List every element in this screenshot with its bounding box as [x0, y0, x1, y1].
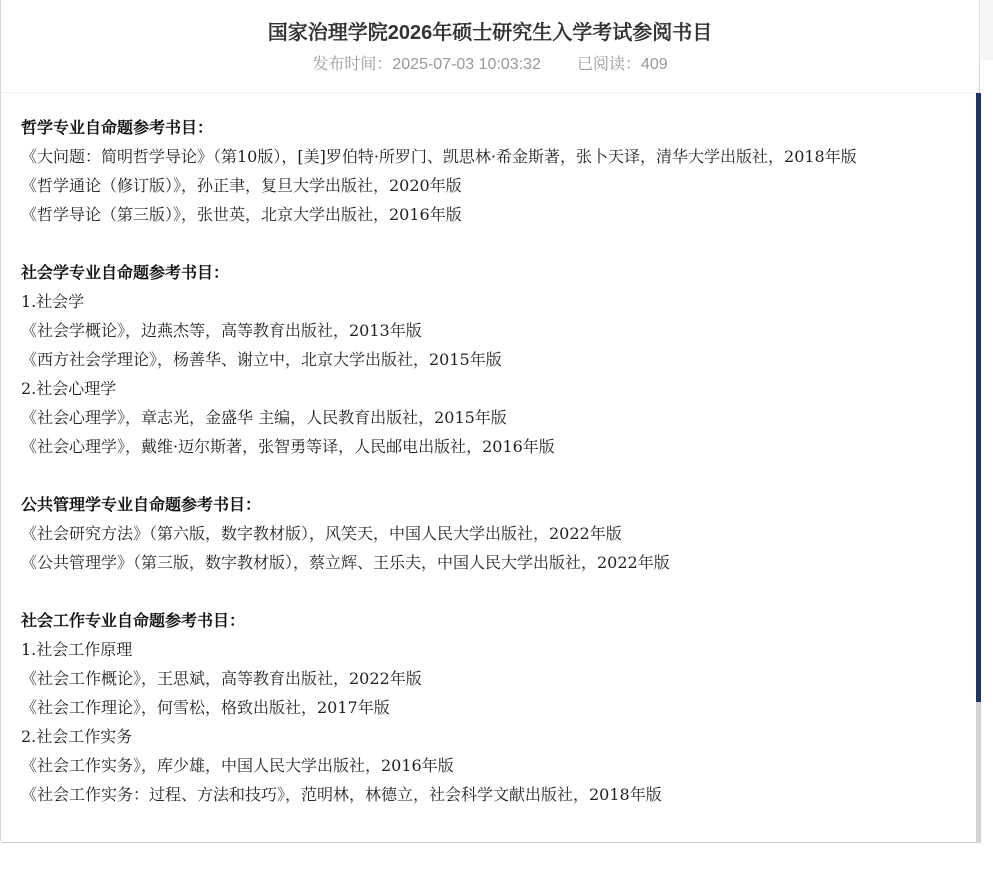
- book-entry: 《西方社会学理论》，杨善华、谢立中，北京大学出版社，2015年版: [21, 345, 961, 374]
- scrollbar-thumb[interactable]: [976, 93, 981, 702]
- book-entry: 《社会工作概论》，王思斌，高等教育出版社，2022年版: [21, 664, 961, 693]
- publish-time-label: 发布时间：: [312, 51, 392, 74]
- article-content-scroll[interactable]: 哲学专业自命题参考书目： 《大问题：简明哲学导论》（第10版），[美]罗伯特·所…: [1, 93, 975, 842]
- book-entry: 《哲学导论（第三版）》，张世英，北京大学出版社，2016年版: [21, 200, 961, 229]
- views-count: 409: [641, 56, 668, 74]
- article-panel: 国家治理学院2026年硕士研究生入学考试参阅书目 发布时间：2025-07-03…: [0, 0, 980, 843]
- book-entry: 《社会工作实务：过程、方法和技巧》，范明林，林德立，社会科学文献出版社，2018…: [21, 780, 961, 809]
- book-entry: 《社会心理学》，戴维·迈尔斯著，张智勇等译，人民邮电出版社，2016年版: [21, 432, 961, 461]
- book-entry: 《社会学概论》，边燕杰等，高等教育出版社，2013年版: [21, 316, 961, 345]
- vertical-scrollbar[interactable]: [976, 93, 981, 843]
- book-entry: 《社会研究方法》（第六版，数字教材版），风笑天，中国人民大学出版社，2022年版: [21, 519, 961, 548]
- section-public-administration: 公共管理学专业自命题参考书目： 《社会研究方法》（第六版，数字教材版），风笑天，…: [21, 490, 961, 577]
- book-entry: 《大问题：简明哲学导论》（第10版），[美]罗伯特·所罗门、凯思林·希金斯著，张…: [21, 142, 961, 171]
- book-entry: 《社会工作实务》，库少雄，中国人民大学出版社，2016年版: [21, 751, 961, 780]
- section-sociology: 社会学专业自命题参考书目： 1.社会学 《社会学概论》，边燕杰等，高等教育出版社…: [21, 258, 961, 461]
- subject-heading: 2.社会工作实务: [21, 722, 961, 751]
- page-title: 国家治理学院2026年硕士研究生入学考试参阅书目: [1, 16, 979, 45]
- book-entry: 《社会工作理论》，何雪松，格致出版社，2017年版: [21, 693, 961, 722]
- book-entry: 《公共管理学》（第三版，数字教材版），蔡立辉、王乐夫，中国人民大学出版社，202…: [21, 548, 961, 577]
- section-title: 哲学专业自命题参考书目：: [21, 113, 961, 142]
- section-social-work: 社会工作专业自命题参考书目： 1.社会工作原理 《社会工作概论》，王思斌，高等教…: [21, 606, 961, 809]
- book-entry: 《哲学通论（修订版）》，孙正聿，复旦大学出版社，2020年版: [21, 171, 961, 200]
- section-title: 公共管理学专业自命题参考书目：: [21, 490, 961, 519]
- subject-heading: 1.社会工作原理: [21, 635, 961, 664]
- subject-heading: 1.社会学: [21, 287, 961, 316]
- article-header: 国家治理学院2026年硕士研究生入学考试参阅书目 发布时间：2025-07-03…: [1, 0, 979, 92]
- subject-heading: 2.社会心理学: [21, 374, 961, 403]
- page-edge: [981, 0, 993, 60]
- book-entry: 《社会心理学》，章志光，金盛华 主编，人民教育出版社，2015年版: [21, 403, 961, 432]
- section-title: 社会工作专业自命题参考书目：: [21, 606, 961, 635]
- publish-time: 2025-07-03 10:03:32: [392, 56, 541, 74]
- article-body: 哲学专业自命题参考书目： 《大问题：简明哲学导论》（第10版），[美]罗伯特·所…: [21, 113, 961, 838]
- article-meta: 发布时间：2025-07-03 10:03:32已阅读：409: [1, 51, 979, 74]
- views-label: 已阅读：: [577, 51, 641, 74]
- section-philosophy: 哲学专业自命题参考书目： 《大问题：简明哲学导论》（第10版），[美]罗伯特·所…: [21, 113, 961, 229]
- section-title: 社会学专业自命题参考书目：: [21, 258, 961, 287]
